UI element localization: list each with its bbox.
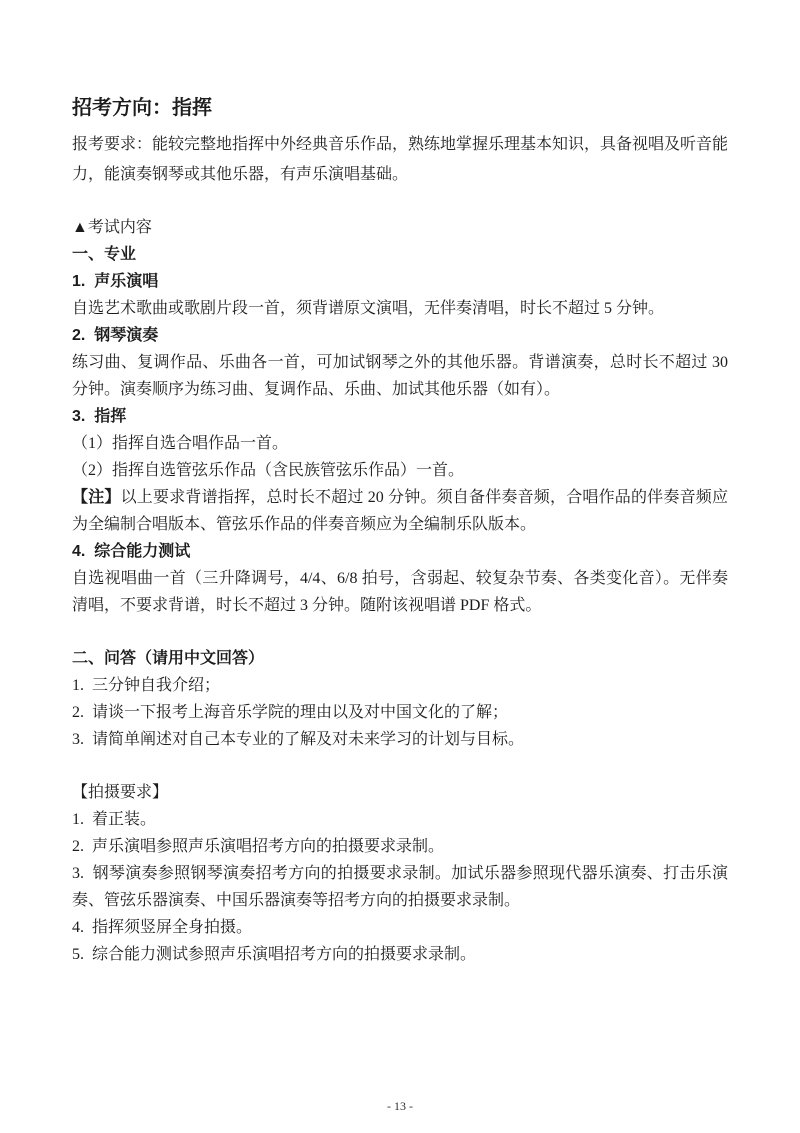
item-comprehensive-heading: 4. 综合能力测试 xyxy=(72,538,728,565)
shooting-list-item-4: 4. 指挥须竖屏全身拍摄。 xyxy=(72,914,728,941)
conducting-note-paragraph: 【注】以上要求背谱指挥，总时长不超过 20 分钟。须自备伴奏音频，合唱作品的伴奏… xyxy=(72,484,728,538)
page-title: 招考方向：指挥 xyxy=(72,94,728,122)
item-piano-body: 练习曲、复调作品、乐曲各一首，可加试钢琴之外的其他乐器。背谱演奏，总时长不超过 … xyxy=(72,349,728,403)
shooting-list-item-1: 1. 着正装。 xyxy=(72,806,728,833)
qa-list-item-3: 3. 请简单阐述对自己本专业的了解及对未来学习的计划与目标。 xyxy=(72,726,728,753)
item-piano-heading: 2. 钢琴演奏 xyxy=(72,322,728,349)
exam-content-marker: ▲考试内容 xyxy=(72,214,728,241)
shooting-list-item-5: 5. 综合能力测试参照声乐演唱招考方向的拍摄要求录制。 xyxy=(72,941,728,968)
item-conducting-sub-2: （2）指挥自选管弦乐作品（含民族管弦乐作品）一首。 xyxy=(72,457,728,484)
page-footer: - 13 - xyxy=(0,1099,800,1113)
item-conducting-sub-1: （1）指挥自选合唱作品一首。 xyxy=(72,430,728,457)
section-2-heading: 二、问答（请用中文回答） xyxy=(72,645,728,672)
item-conducting-heading: 3. 指挥 xyxy=(72,403,728,430)
note-text: 以上要求背谱指挥，总时长不超过 20 分钟。须自备伴奏音频，合唱作品的伴奏音频应… xyxy=(72,489,728,533)
item-comprehensive-body: 自选视唱曲一首（三升降调号，4/4、6/8 拍号，含弱起、较复杂节奏、各类变化音… xyxy=(72,565,728,619)
document-page: 招考方向：指挥 报考要求：能较完整地指挥中外经典音乐作品，熟练地掌握乐理基本知识… xyxy=(0,0,800,1133)
page-number: - 13 - xyxy=(387,1099,413,1113)
shooting-requirements-heading: 【拍摄要求】 xyxy=(72,779,728,806)
qa-list-item-2: 2. 请谈一下报考上海音乐学院的理由以及对中国文化的了解； xyxy=(72,699,728,726)
item-vocal-body: 自选艺术歌曲或歌剧片段一首，须背谱原文演唱，无伴奏清唱，时长不超过 5 分钟。 xyxy=(72,295,728,322)
document-body: 招考方向：指挥 报考要求：能较完整地指挥中外经典音乐作品，熟练地掌握乐理基本知识… xyxy=(72,94,728,968)
item-vocal-heading: 1. 声乐演唱 xyxy=(72,268,728,295)
shooting-list-item-2: 2. 声乐演唱参照声乐演唱招考方向的拍摄要求录制。 xyxy=(72,833,728,860)
shooting-list-item-3: 3. 钢琴演奏参照钢琴演奏招考方向的拍摄要求录制。加试乐器参照现代器乐演奏、打击… xyxy=(72,860,728,914)
application-requirements-paragraph: 报考要求：能较完整地指挥中外经典音乐作品，熟练地掌握乐理基本知识，具备视唱及听音… xyxy=(72,130,728,190)
qa-list-item-1: 1. 三分钟自我介绍； xyxy=(72,672,728,699)
section-1-heading: 一、专业 xyxy=(72,241,728,268)
note-label: 【注】 xyxy=(72,489,121,506)
